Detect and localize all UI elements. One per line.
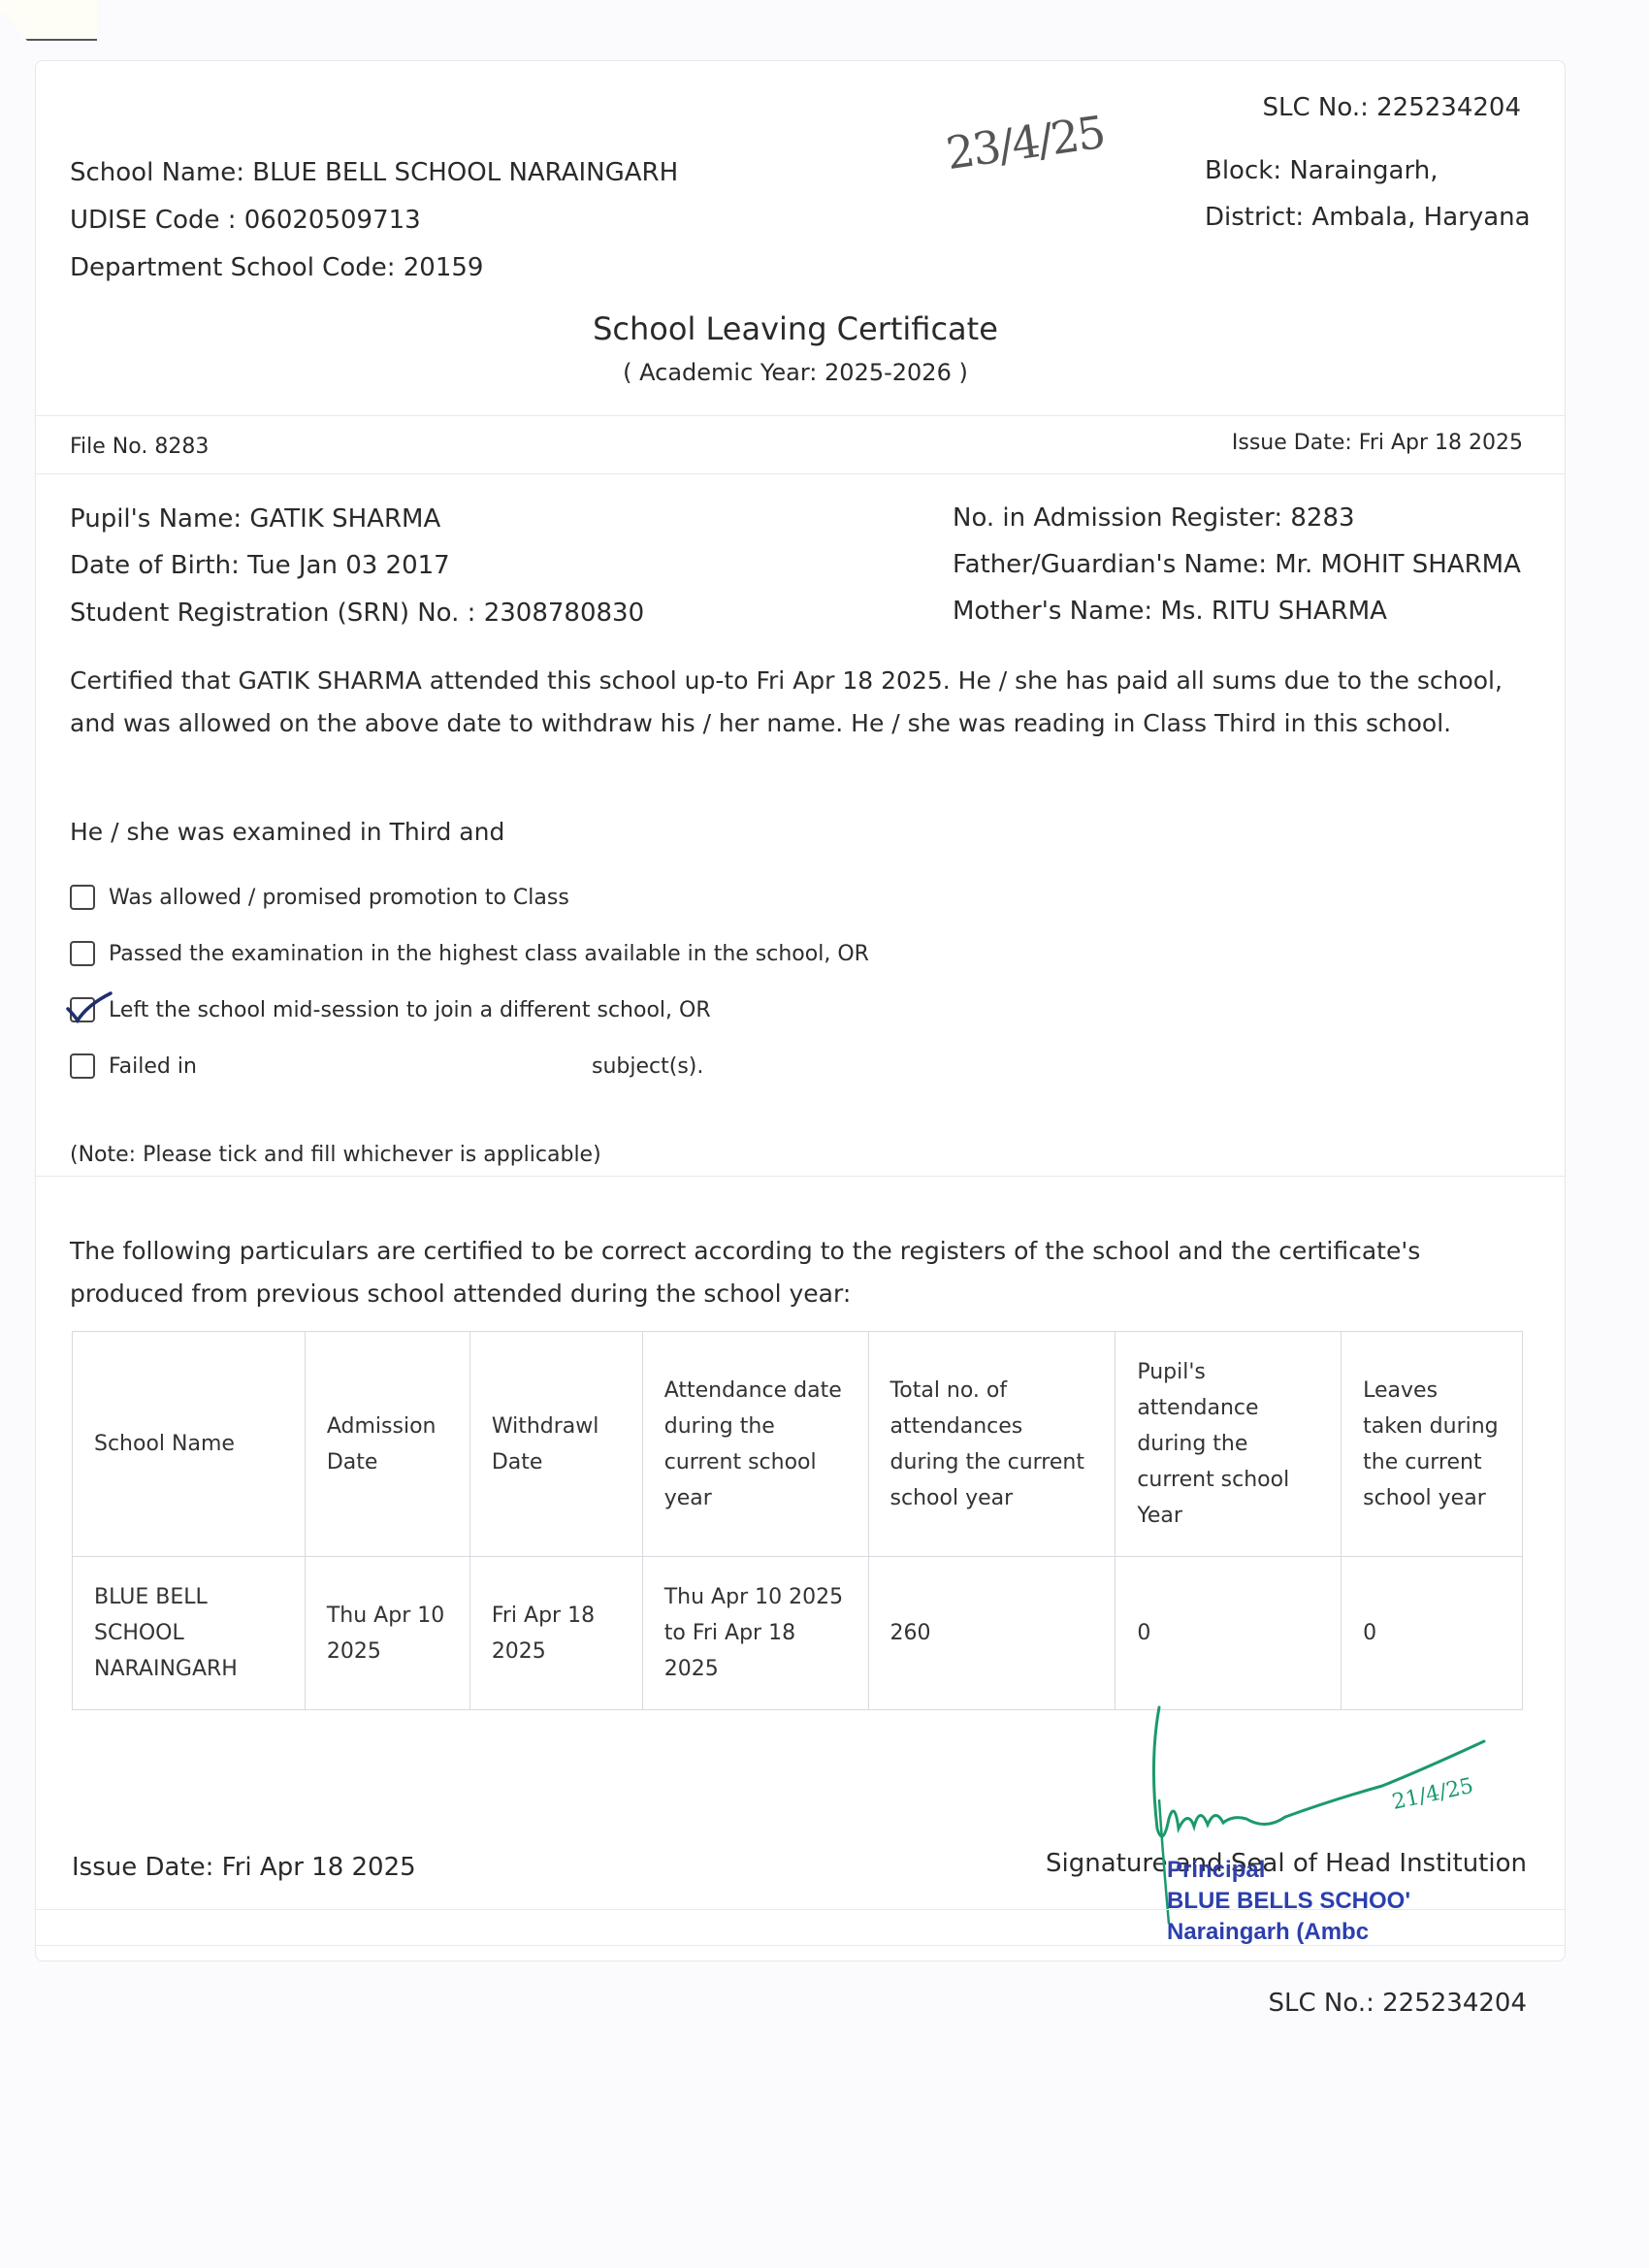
option-failed-in[interactable]: Failed in subject(s). [70, 1053, 197, 1079]
divider [35, 415, 1566, 416]
divider [35, 473, 1566, 474]
pupil-name: Pupil's Name: GATIK SHARMA [70, 504, 440, 534]
table-row: BLUE BELL SCHOOL NARAINGARH Thu Apr 10 2… [73, 1557, 1523, 1710]
option-left-mid-session[interactable]: Left the school mid-session to join a di… [70, 997, 711, 1022]
option-label: Was allowed / promised promotion to Clas… [109, 886, 569, 910]
divider [35, 1909, 1566, 1910]
examined-statement: He / she was examined in Third and [70, 811, 1525, 854]
block: Block: Naraingarh, [1205, 156, 1438, 185]
issue-date-top: Issue Date: Fri Apr 18 2025 [1232, 431, 1523, 455]
table-header-row: School Name Admission Date Withdrawl Dat… [73, 1332, 1523, 1557]
cell-leaves-taken: 0 [1342, 1557, 1523, 1710]
option-label: Left the school mid-session to join a di… [109, 998, 711, 1022]
checkbox-unchecked[interactable] [70, 941, 95, 966]
divider [35, 1945, 1566, 1946]
slc-number-top: SLC No.: 225234204 [1263, 93, 1521, 122]
option-promoted[interactable]: Was allowed / promised promotion to Clas… [70, 885, 569, 910]
seal-line-principal: Principal [1167, 1855, 1410, 1886]
option-label: Failed in [109, 1054, 197, 1079]
cell-total-attendances: 260 [868, 1557, 1115, 1710]
option-suffix: subject(s). [592, 1054, 703, 1079]
header-total-attendances: Total no. of attendances during the curr… [868, 1332, 1115, 1557]
cell-pupil-attendance: 0 [1115, 1557, 1342, 1710]
father-guardian-name: Father/Guardian's Name: Mr. MOHIT SHARMA [953, 550, 1521, 579]
slc-number-bottom: SLC No.: 225234204 [1269, 1989, 1527, 2018]
seal-line-location: Naraingarh (Ambc [1167, 1917, 1410, 1948]
option-label-group: Failed in subject(s). [109, 1054, 197, 1079]
checkbox-checked[interactable] [70, 997, 95, 1022]
particulars-table: School Name Admission Date Withdrawl Dat… [72, 1331, 1523, 1710]
header-admission-date: Admission Date [305, 1332, 469, 1557]
divider [35, 1176, 1566, 1177]
file-number: File No. 8283 [70, 435, 209, 459]
date-of-birth: Date of Birth: Tue Jan 03 2017 [70, 551, 450, 580]
seal-line-school: BLUE BELLS SCHOO' [1167, 1886, 1410, 1917]
header-withdrawal-date: Withdrawl Date [469, 1332, 642, 1557]
applicability-note: (Note: Please tick and fill whichever is… [70, 1143, 601, 1167]
option-passed-highest-class[interactable]: Passed the examination in the highest cl… [70, 941, 869, 966]
header-leaves-taken: Leaves taken during the current school y… [1342, 1332, 1523, 1557]
checkbox-unchecked[interactable] [70, 885, 95, 910]
cell-attendance-date: Thu Apr 10 2025 to Fri Apr 18 2025 [642, 1557, 868, 1710]
certificate-title: School Leaving Certificate [0, 310, 1591, 347]
svg-text:21/4/25: 21/4/25 [1390, 1774, 1475, 1815]
handwritten-tick-icon [66, 986, 113, 1024]
udise-code: UDISE Code : 06020509713 [70, 206, 421, 235]
admission-register-number: No. in Admission Register: 8283 [953, 503, 1355, 533]
particulars-intro: The following particulars are certified … [70, 1230, 1525, 1315]
cell-withdrawal-date: Fri Apr 18 2025 [469, 1557, 642, 1710]
district: District: Ambala, Haryana [1205, 203, 1531, 232]
option-label: Passed the examination in the highest cl… [109, 942, 869, 966]
checkbox-unchecked[interactable] [70, 1053, 95, 1079]
school-name: School Name: BLUE BELL SCHOOL NARAINGARH [70, 158, 678, 187]
academic-year: ( Academic Year: 2025-2026 ) [0, 359, 1591, 386]
header-attendance-date: Attendance date during the current schoo… [642, 1332, 868, 1557]
srn-number: Student Registration (SRN) No. : 2308780… [70, 599, 644, 628]
cell-school-name: BLUE BELL SCHOOL NARAINGARH [73, 1557, 306, 1710]
issue-date-bottom: Issue Date: Fri Apr 18 2025 [72, 1853, 416, 1882]
header-pupil-attendance: Pupil's attendance during the current sc… [1115, 1332, 1342, 1557]
certification-statement: Certified that GATIK SHARMA attended thi… [70, 660, 1505, 745]
department-school-code: Department School Code: 20159 [70, 253, 483, 282]
page-corner-fold [0, 0, 97, 41]
school-seal: Principal BLUE BELLS SCHOO' Naraingarh (… [1167, 1855, 1410, 1948]
mother-name: Mother's Name: Ms. RITU SHARMA [953, 597, 1387, 626]
header-school-name: School Name [73, 1332, 306, 1557]
cell-admission-date: Thu Apr 10 2025 [305, 1557, 469, 1710]
